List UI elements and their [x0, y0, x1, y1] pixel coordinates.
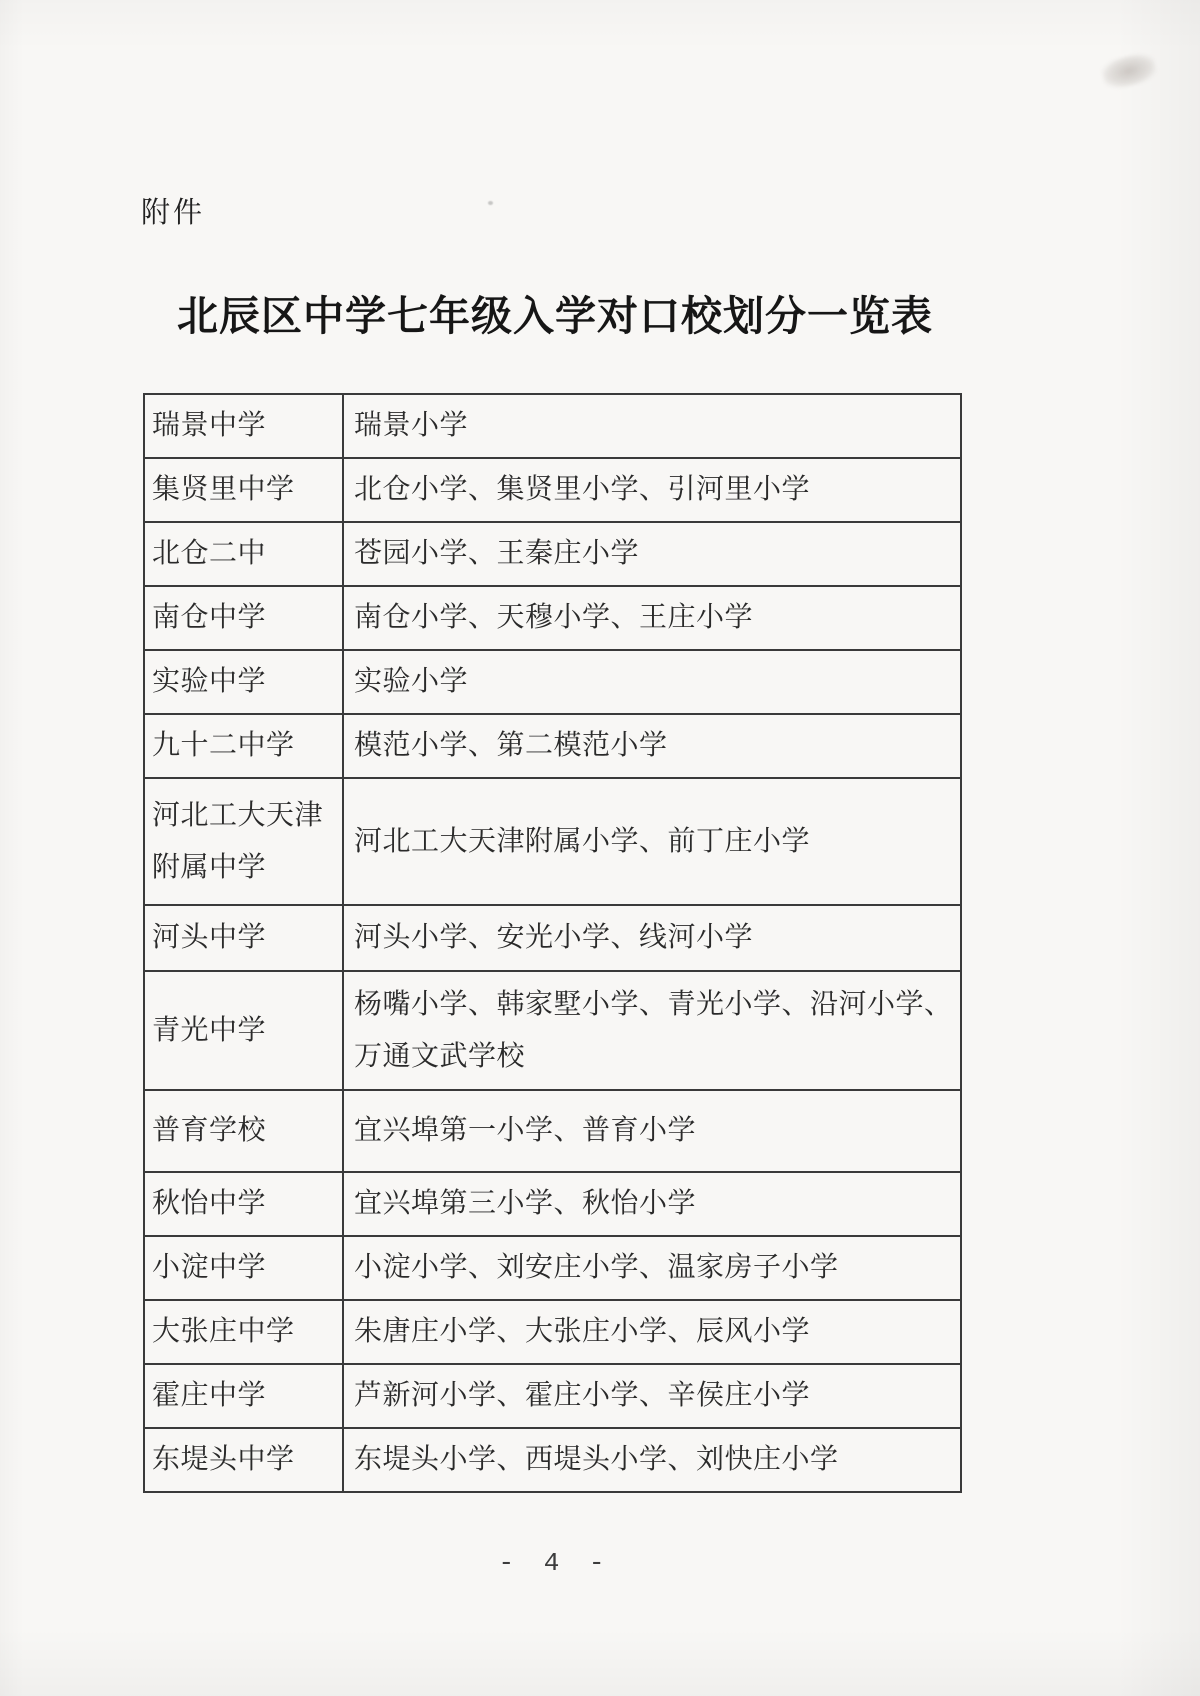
middle-school-cell: 河头中学	[145, 906, 344, 970]
primary-schools-cell: 模范小学、第二模范小学	[344, 715, 960, 777]
middle-school-cell: 北仓二中	[145, 523, 344, 585]
table-row: 北仓二中苍园小学、王秦庄小学	[145, 521, 960, 585]
schools-table: 瑞景中学瑞景小学集贤里中学北仓小学、集贤里小学、引河里小学北仓二中苍园小学、王秦…	[143, 393, 962, 1493]
table-row: 东堤头中学东堤头小学、西堤头小学、刘快庄小学	[145, 1427, 960, 1491]
primary-schools-cell: 宜兴埠第一小学、普育小学	[344, 1091, 960, 1171]
primary-schools-cell: 宜兴埠第三小学、秋怡小学	[344, 1173, 960, 1235]
table-row: 青光中学杨嘴小学、韩家墅小学、青光小学、沿河小学、万通文武学校	[145, 970, 960, 1089]
primary-schools-cell: 杨嘴小学、韩家墅小学、青光小学、沿河小学、万通文武学校	[344, 972, 960, 1089]
table-row: 瑞景中学瑞景小学	[145, 395, 960, 457]
primary-schools-cell: 瑞景小学	[344, 395, 960, 457]
middle-school-cell: 霍庄中学	[145, 1365, 344, 1427]
table-row: 河头中学河头小学、安光小学、线河小学	[145, 904, 960, 970]
middle-school-cell: 小淀中学	[145, 1237, 344, 1299]
middle-school-cell: 东堤头中学	[145, 1429, 344, 1491]
primary-schools-cell: 南仓小学、天穆小学、王庄小学	[344, 587, 960, 649]
primary-schools-cell: 苍园小学、王秦庄小学	[344, 523, 960, 585]
primary-schools-cell: 小淀小学、刘安庄小学、温家房子小学	[344, 1237, 960, 1299]
table-row: 大张庄中学朱唐庄小学、大张庄小学、辰风小学	[145, 1299, 960, 1363]
middle-school-cell: 普育学校	[145, 1091, 344, 1171]
table-row: 秋怡中学宜兴埠第三小学、秋怡小学	[145, 1171, 960, 1235]
middle-school-cell: 瑞景中学	[145, 395, 344, 457]
scan-speck	[488, 201, 493, 205]
primary-schools-cell: 实验小学	[344, 651, 960, 713]
primary-schools-cell: 芦新河小学、霍庄小学、辛侯庄小学	[344, 1365, 960, 1427]
table-row: 小淀中学小淀小学、刘安庄小学、温家房子小学	[145, 1235, 960, 1299]
middle-school-cell: 九十二中学	[145, 715, 344, 777]
attachment-label: 附件	[141, 190, 205, 231]
table-row: 霍庄中学芦新河小学、霍庄小学、辛侯庄小学	[145, 1363, 960, 1427]
middle-school-cell: 大张庄中学	[145, 1301, 344, 1363]
middle-school-cell: 秋怡中学	[145, 1173, 344, 1235]
middle-school-cell: 河北工大天津附属中学	[145, 779, 344, 904]
page-number: - 4 -	[0, 1548, 1110, 1578]
scan-smudge-mark	[1099, 50, 1159, 92]
scanned-page: 附件 北辰区中学七年级入学对口校划分一览表 瑞景中学瑞景小学集贤里中学北仓小学、…	[0, 0, 1200, 1696]
middle-school-cell: 青光中学	[145, 972, 344, 1089]
table-row: 普育学校宜兴埠第一小学、普育小学	[145, 1089, 960, 1171]
middle-school-cell: 集贤里中学	[145, 459, 344, 521]
primary-schools-cell: 朱唐庄小学、大张庄小学、辰风小学	[344, 1301, 960, 1363]
middle-school-cell: 实验中学	[145, 651, 344, 713]
page-title: 北辰区中学七年级入学对口校划分一览表	[0, 283, 1110, 342]
table-row: 南仓中学南仓小学、天穆小学、王庄小学	[145, 585, 960, 649]
table-row: 实验中学实验小学	[145, 649, 960, 713]
table-row: 河北工大天津附属中学河北工大天津附属小学、前丁庄小学	[145, 777, 960, 904]
primary-schools-cell: 河头小学、安光小学、线河小学	[344, 906, 960, 970]
primary-schools-cell: 东堤头小学、西堤头小学、刘快庄小学	[344, 1429, 960, 1491]
table-row: 集贤里中学北仓小学、集贤里小学、引河里小学	[145, 457, 960, 521]
primary-schools-cell: 北仓小学、集贤里小学、引河里小学	[344, 459, 960, 521]
primary-schools-cell: 河北工大天津附属小学、前丁庄小学	[344, 779, 960, 904]
table-row: 九十二中学模范小学、第二模范小学	[145, 713, 960, 777]
middle-school-cell: 南仓中学	[145, 587, 344, 649]
